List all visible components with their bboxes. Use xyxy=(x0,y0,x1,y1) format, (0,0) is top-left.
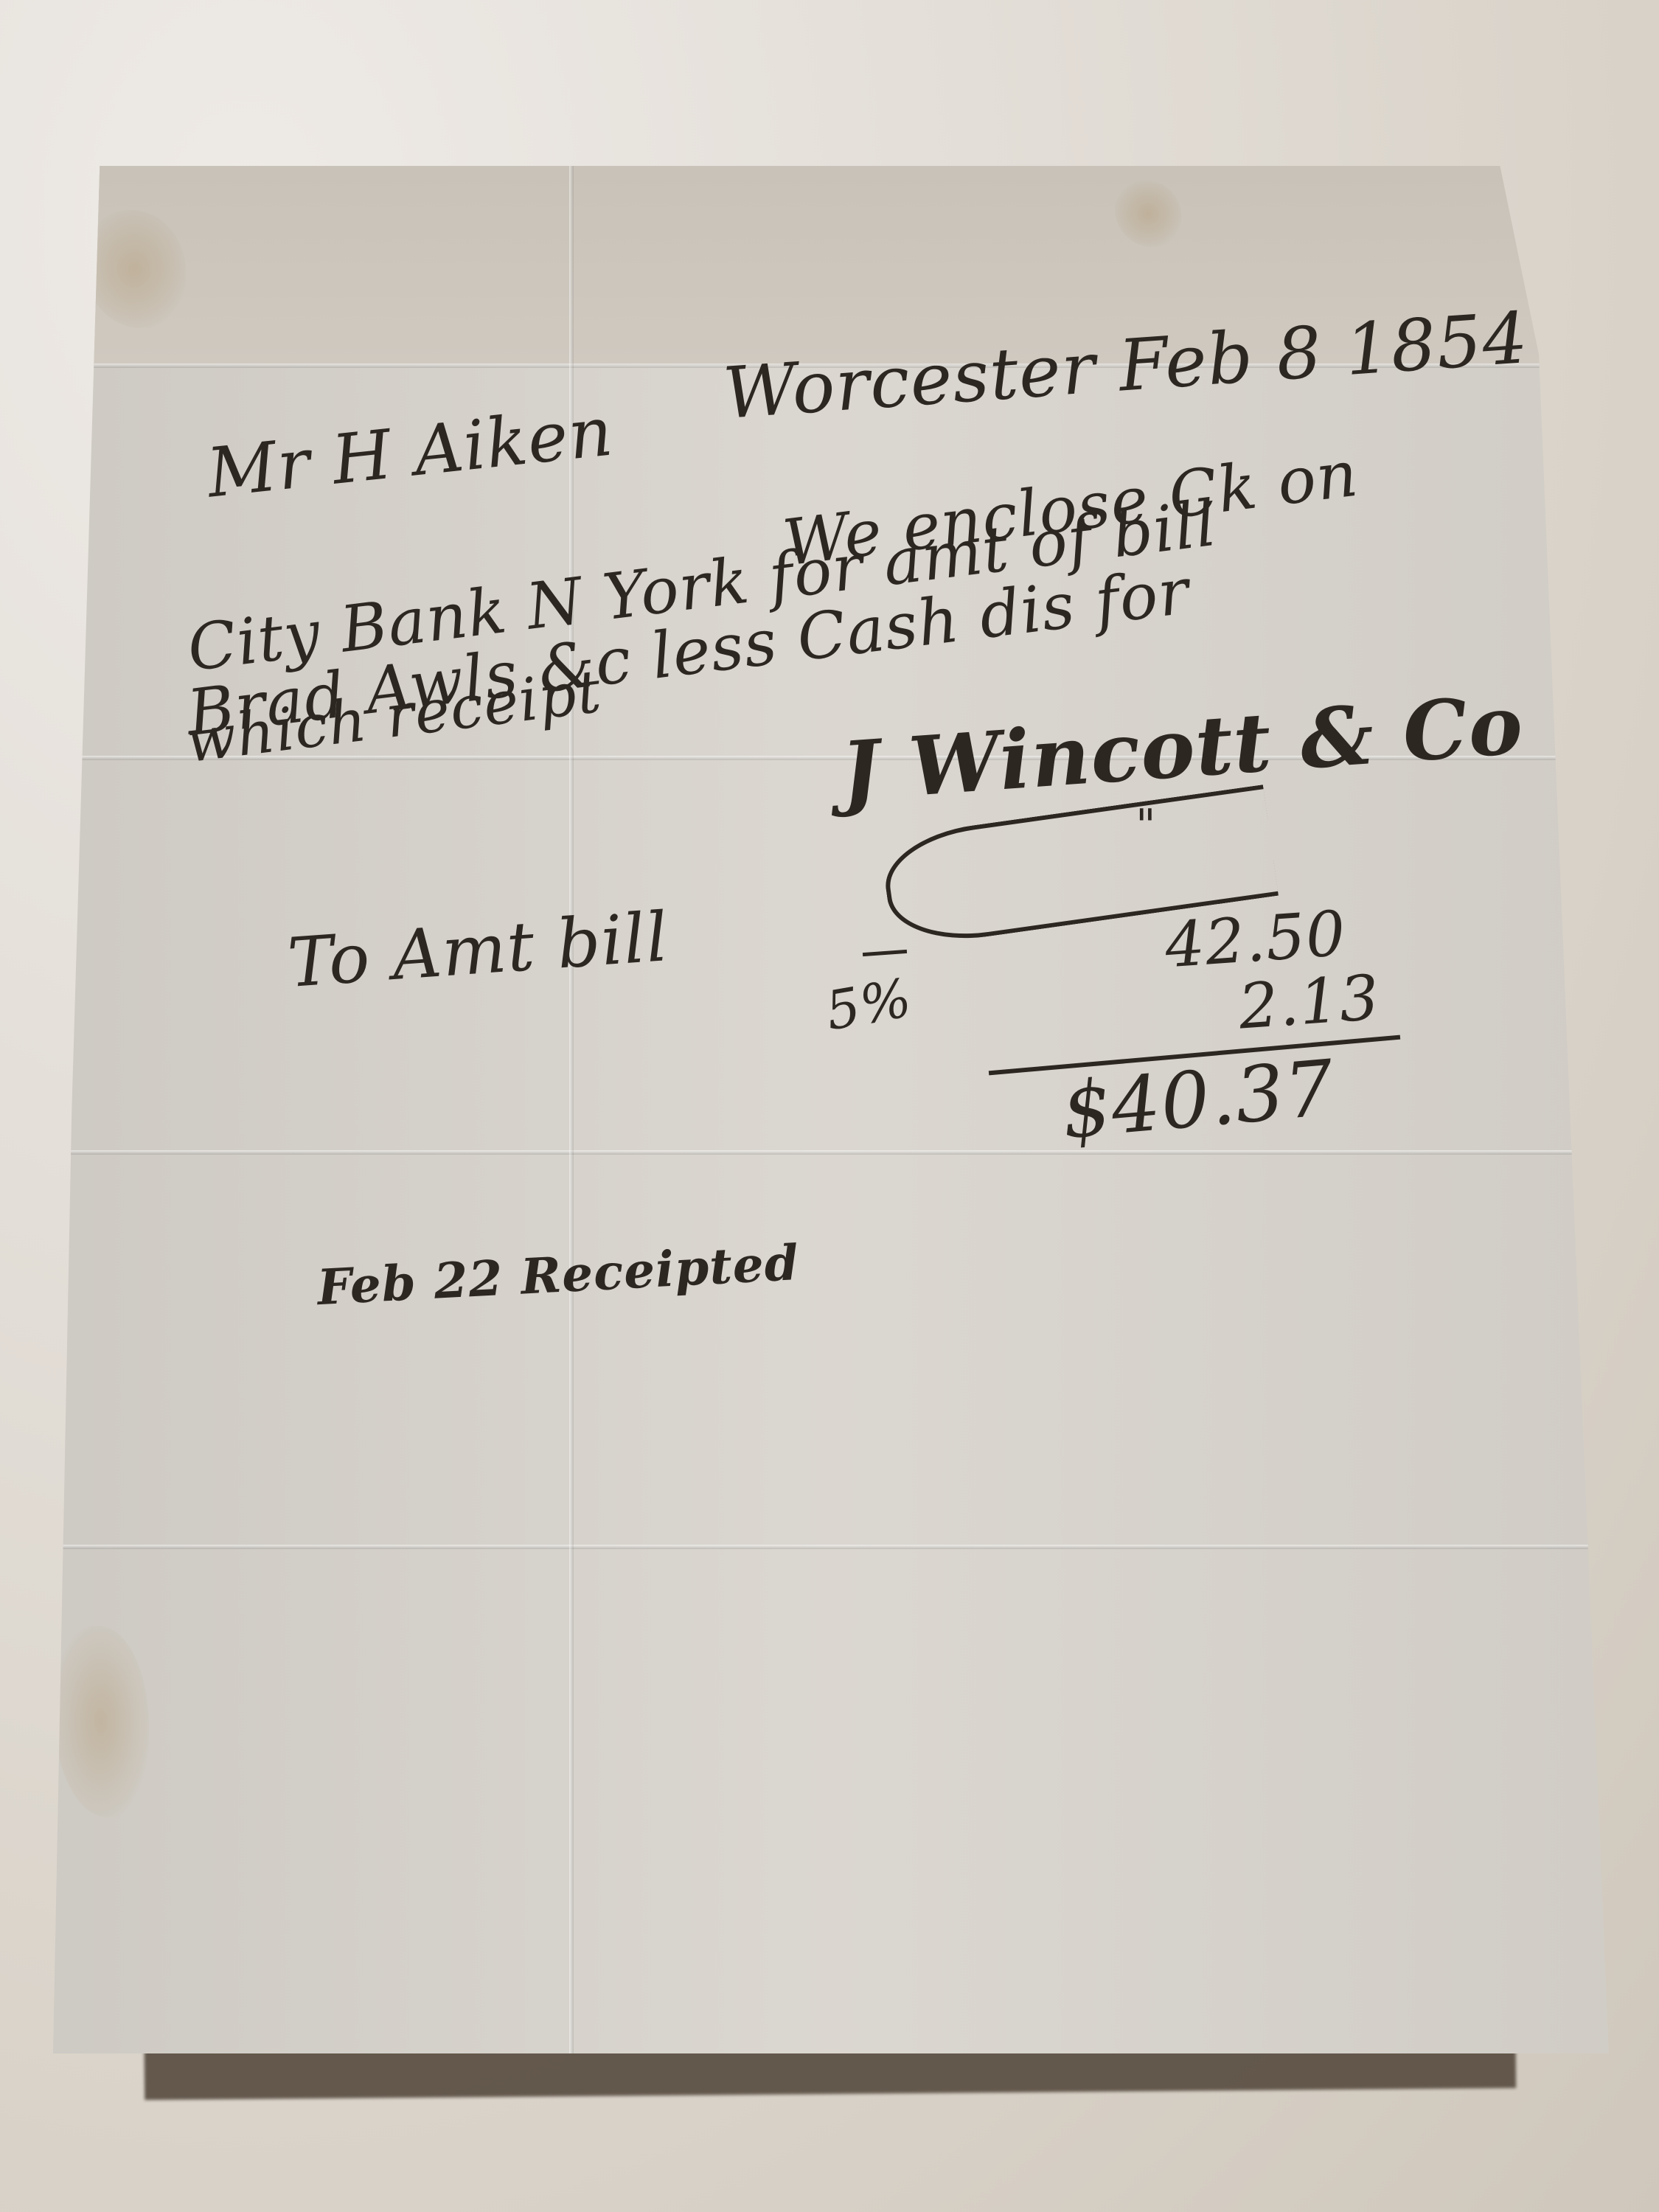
fold-crease-horizontal xyxy=(53,1150,1609,1155)
photo-scene: Worcester Feb 8 1854 Mr H Aiken We enclo… xyxy=(0,0,1659,2212)
water-stain xyxy=(53,1626,149,1818)
discount-amount: 2.13 xyxy=(1237,961,1382,1043)
signature-ditto-mark: " xyxy=(1135,800,1156,852)
fold-crease-horizontal xyxy=(53,1545,1609,1549)
